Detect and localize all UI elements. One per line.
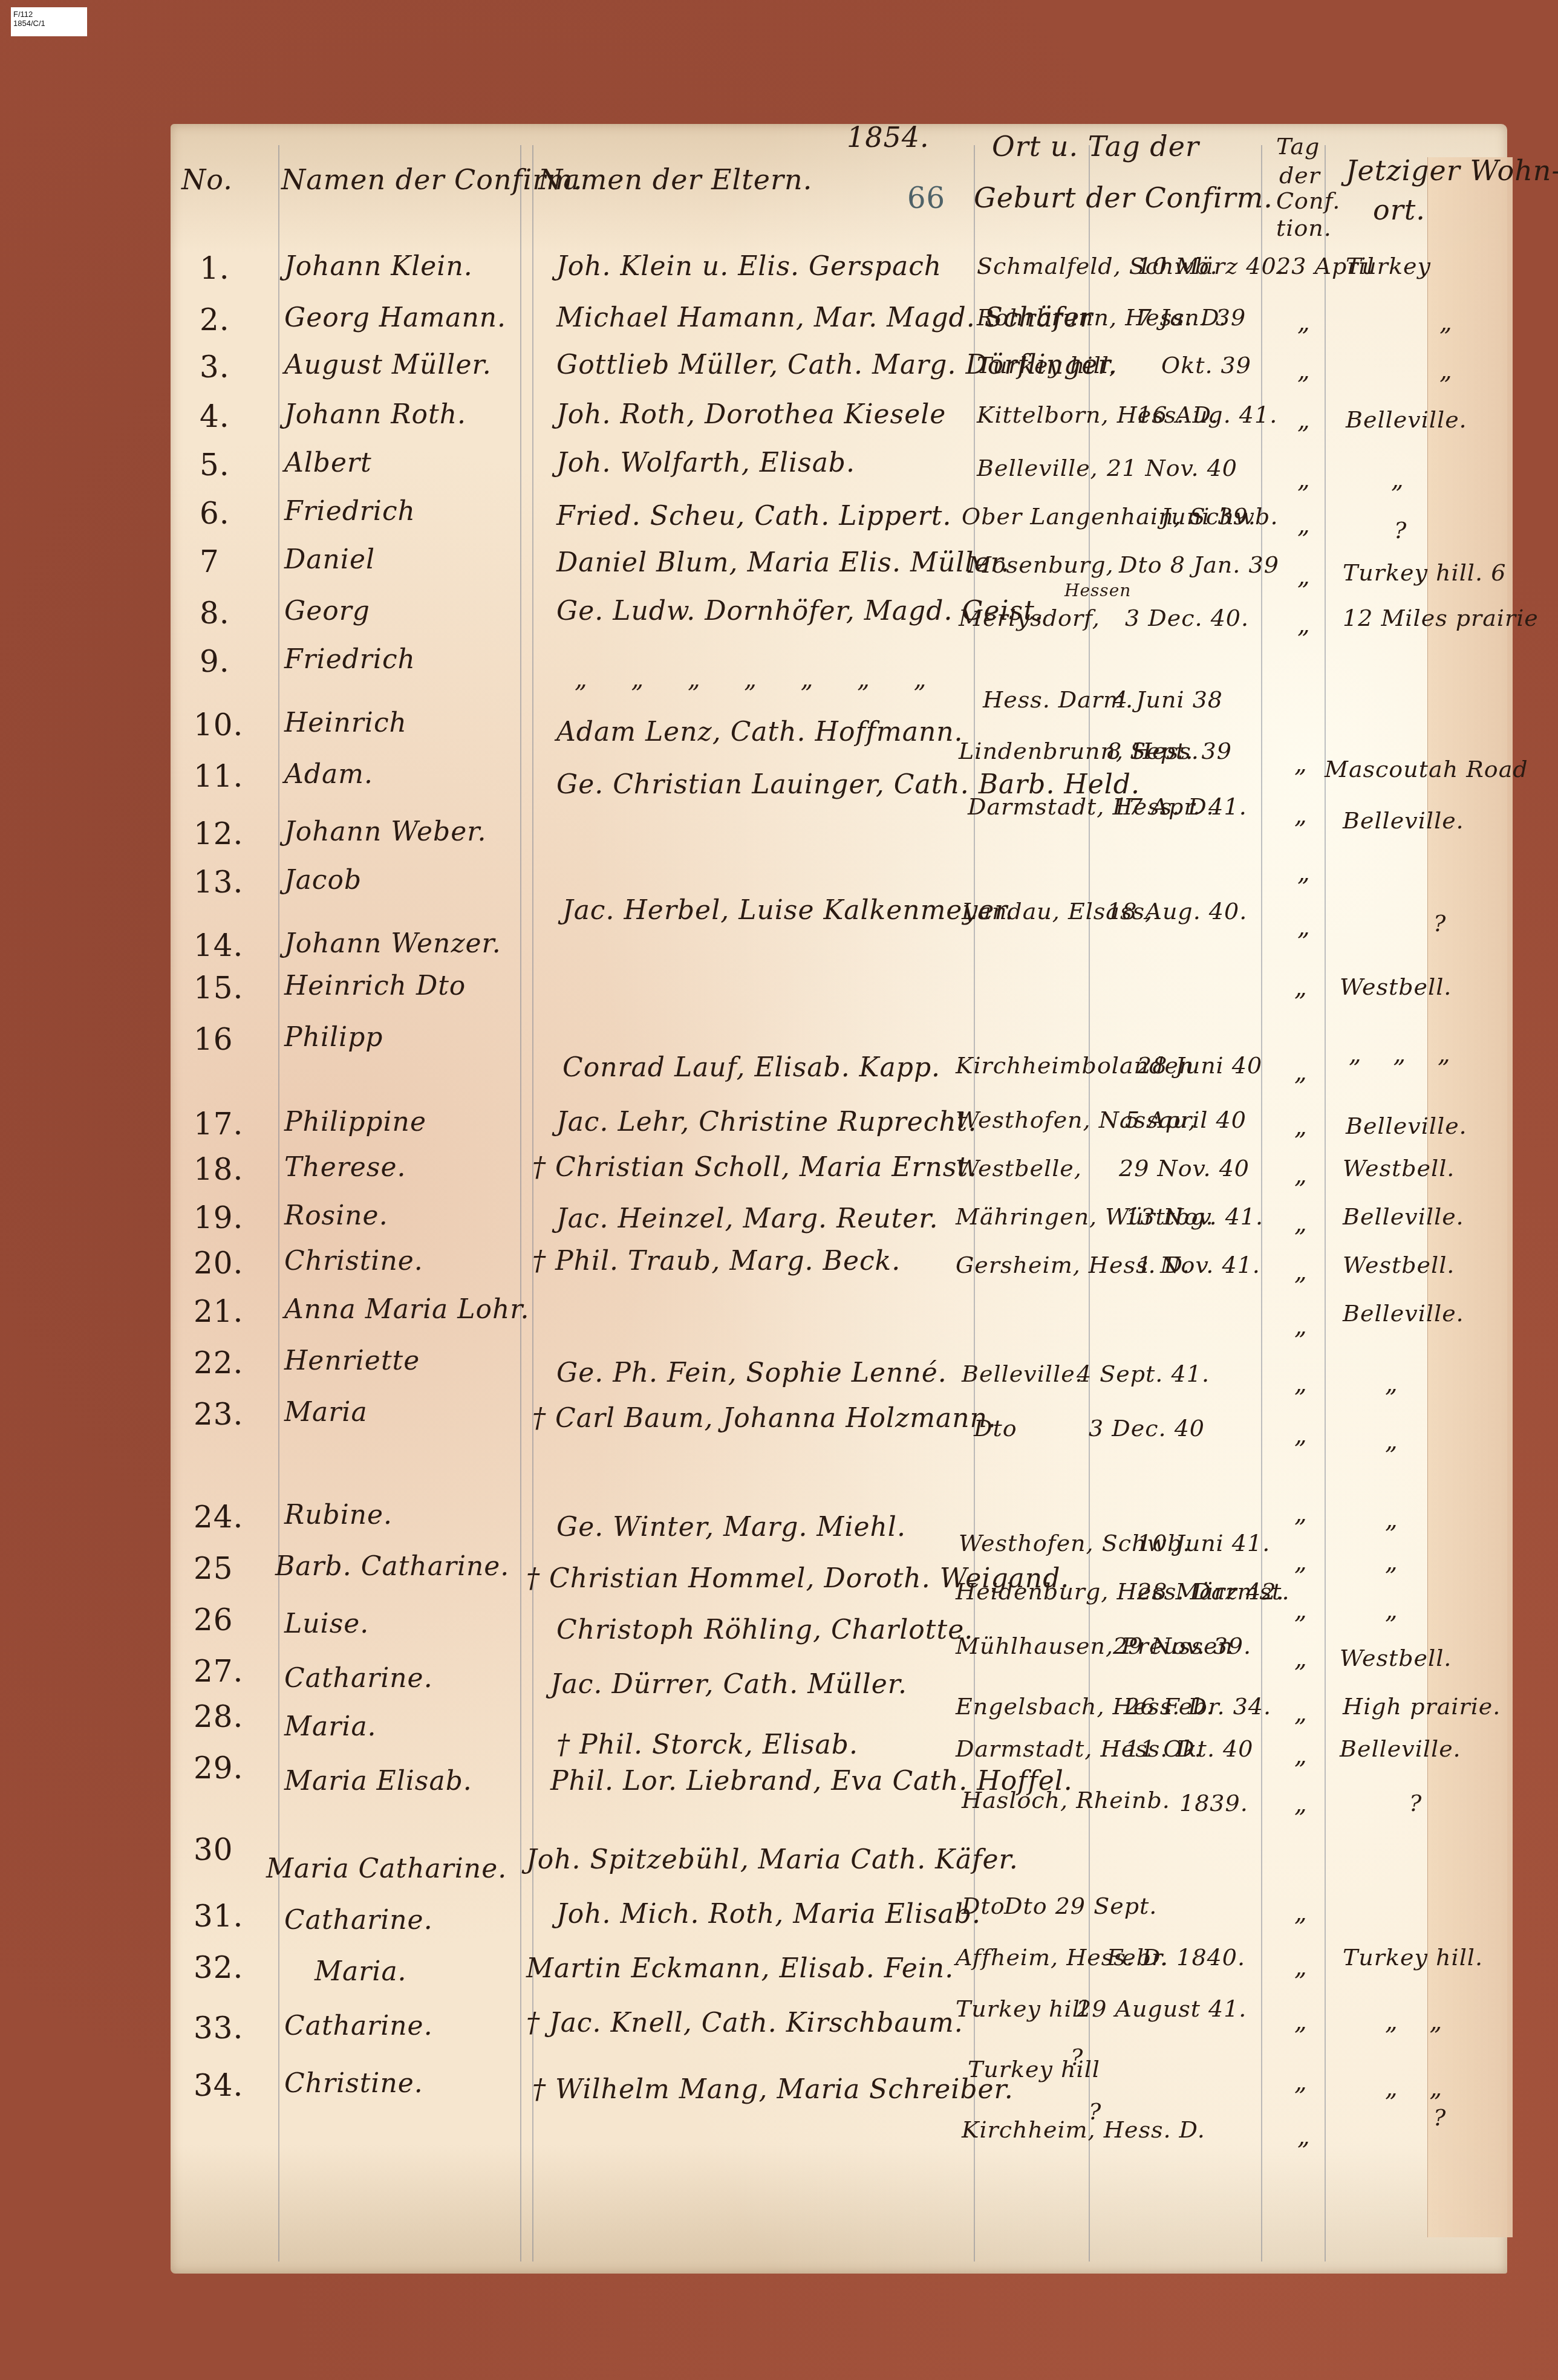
residence: Belleville. <box>1340 1735 1461 1762</box>
row-number: 8. <box>200 596 230 631</box>
confirmation-day: „ <box>1294 1258 1308 1286</box>
confirmation-day: „ <box>1297 562 1311 590</box>
confirmation-day: „ <box>1294 1699 1308 1727</box>
birth-date: Dto 8 Jan. 39 <box>1119 551 1279 578</box>
confirmation-day: „ <box>1294 1899 1308 1926</box>
row-number: 4. <box>200 399 230 434</box>
residence: „ <box>1385 1427 1398 1455</box>
header-birth-line1: Ort u. Tag der <box>992 130 1199 163</box>
row-number: 15. <box>194 971 244 1006</box>
residence: „ <box>1439 308 1453 336</box>
parents-names: Joh. Spitzebühl, Maria Cath. Käfer. <box>526 1844 1019 1875</box>
header-residence-line2: ort. <box>1373 193 1426 226</box>
column-rule <box>520 145 521 2261</box>
confirmand-name: Philipp <box>284 1022 383 1053</box>
residence: Turkey hill. <box>1343 1944 1483 1971</box>
birth-date: 21 Nov. 40 <box>1107 455 1237 481</box>
birth-place: Hasloch, Rheinb. <box>962 1787 1170 1813</box>
parents-names: Jac. Heinzel, Marg. Reuter. <box>556 1203 938 1234</box>
birth-place: Turkey hill, <box>977 352 1117 379</box>
parents-names: Joh. Mich. Roth, Maria Elisab. <box>556 1899 981 1930</box>
confirmation-day: „ <box>1294 1548 1308 1576</box>
confirmand-name: Friedrich <box>284 496 416 527</box>
residence: Belleville. <box>1343 1300 1464 1327</box>
birth-place: Westbelle, <box>956 1155 1082 1182</box>
row-number: 18. <box>194 1152 244 1187</box>
birth-date: ? <box>1071 2044 1083 2070</box>
row-number: 28. <box>194 1699 244 1734</box>
confirmation-day: „ <box>1297 466 1311 493</box>
birth-date: 7 Jan. 39 <box>1137 304 1246 331</box>
birth-date-note: Hessen <box>1064 580 1131 600</box>
confirmand-name: Johann Klein. <box>284 251 473 282</box>
birth-date: 18 Aug. 40. <box>1107 898 1247 925</box>
residence: ? <box>1433 2104 1446 2131</box>
residence: Westbell. <box>1343 1252 1455 1278</box>
confirmation-day: „ <box>1297 511 1311 539</box>
row-number: 20. <box>194 1246 244 1281</box>
confirmation-day: „ <box>1294 1741 1308 1769</box>
confirmation-day: „ <box>1294 1209 1308 1237</box>
residence: Belleville. <box>1343 1203 1464 1230</box>
confirmation-day: „ <box>1297 308 1311 336</box>
row-number: 9. <box>200 644 230 679</box>
confirmation-day: „ <box>1294 2008 1308 2035</box>
residence: Westbell. <box>1340 1645 1452 1671</box>
header-confday-line3: Conf. <box>1276 187 1340 214</box>
confirmand-name: Maria. <box>284 1711 377 1742</box>
confirmand-name: Anna Maria Lohr. <box>284 1294 530 1325</box>
row-number: 6. <box>200 496 230 531</box>
birth-date: 11 Okt. 40 <box>1125 1735 1253 1762</box>
confirmand-name: August Müller. <box>284 350 492 380</box>
row-number: 16 <box>194 1022 233 1057</box>
birth-place: Turkey hill <box>956 1995 1088 2022</box>
residence: „ <box>1385 1506 1398 1533</box>
confirmand-name: Maria Catharine. <box>266 1853 507 1884</box>
confirmand-name: Luise. <box>284 1608 369 1639</box>
row-number: 25 <box>194 1551 233 1586</box>
confirmation-day: „ <box>1294 1312 1308 1340</box>
register-page <box>171 124 1507 2274</box>
row-number: 29. <box>194 1751 244 1786</box>
birth-date: 17 Apr. 41. <box>1113 793 1247 820</box>
residence: „ <box>1385 1548 1398 1576</box>
residence: „ <box>1385 1370 1398 1397</box>
birth-place: Hess. Darm. <box>983 686 1133 713</box>
residence: „ <box>1391 466 1404 493</box>
residence: Westbell. <box>1343 1155 1455 1182</box>
parents-names: Jac. Herbel, Luise Kalkenmeyer. <box>562 895 1014 926</box>
residence: ? <box>1394 517 1407 544</box>
header-year: 1854. <box>847 121 930 154</box>
birth-date: 3 Dec. 40 <box>1089 1415 1205 1442</box>
parents-names: Ge. Ph. Fein, Sophie Lenné. <box>556 1357 947 1388</box>
birth-place: Belleville, <box>977 455 1098 481</box>
confirmand-name: Johann Weber. <box>284 816 486 847</box>
row-number: 33. <box>194 2011 244 2046</box>
row-number: 3. <box>200 350 230 385</box>
parents-names: † Phil. Storck, Elisab. <box>556 1729 858 1760</box>
birth-date: 29 Nov. 39. <box>1113 1633 1251 1659</box>
header-parents: Namen der Eltern. <box>538 163 812 196</box>
confirmand-name: Johann Roth. <box>284 399 466 430</box>
birth-date: 5 April 40 <box>1125 1107 1247 1133</box>
header-name: Namen der Confirm. <box>281 163 583 196</box>
birth-date: 29 Nov. 40 <box>1119 1155 1250 1182</box>
archive-label-line2: 1854/C/1 <box>13 19 86 28</box>
residence: „ <box>1385 1596 1398 1624</box>
confirmand-name: Albert <box>284 447 372 478</box>
column-rule <box>532 145 533 2261</box>
confirmand-name: Maria Elisab. <box>284 1766 472 1796</box>
parents-names: Jac. Dürrer, Cath. Müller. <box>550 1669 907 1700</box>
parents-names: Conrad Lauf, Elisab. Kapp. <box>562 1052 940 1083</box>
parents-names: Joh. Klein u. Elis. Gerspach <box>556 251 942 282</box>
parents-names: Joh. Wolfarth, Elisab. <box>556 447 855 478</box>
header-confday-line4: tion. <box>1276 215 1332 241</box>
row-number: 26 <box>194 1602 233 1637</box>
row-number: 7 <box>200 544 220 579</box>
residence: High prairie. <box>1343 1693 1501 1720</box>
residence: Belleville. <box>1346 406 1467 433</box>
confirmation-day: „ <box>1294 2068 1308 2096</box>
residence: 12 Miles prairie <box>1343 605 1539 631</box>
confirmation-day: „ <box>1294 1370 1308 1397</box>
confirmation-day: „ <box>1294 1953 1308 1981</box>
residence: „ „ <box>1385 2008 1454 2035</box>
birth-date: 10 März 40. <box>1137 253 1285 279</box>
confirmand-name: Henriette <box>284 1345 420 1376</box>
birth-date: 8 Sept. 39 <box>1107 738 1232 764</box>
birth-date: Dto 29 Sept. <box>1004 1893 1157 1919</box>
confirmand-name: Rubine. <box>284 1500 393 1530</box>
row-number: 21. <box>194 1294 244 1329</box>
birth-place: Belleville. <box>962 1361 1083 1387</box>
confirmand-name: Johann Wenzer. <box>284 928 501 959</box>
confirmand-name: Christine. <box>284 2068 423 2099</box>
confirmand-name: Jacob <box>284 865 362 896</box>
confirmation-day: „ <box>1297 913 1311 941</box>
row-number: 10. <box>194 707 244 743</box>
confirmand-name: Adam. <box>284 759 373 790</box>
row-number: 31. <box>194 1899 244 1934</box>
parents-names: † Phil. Traub, Marg. Beck. <box>532 1246 901 1276</box>
confirmand-name: Maria. <box>315 1956 407 1987</box>
birth-date: Febr. 1840. <box>1107 1944 1245 1971</box>
column-rule <box>1325 145 1326 2261</box>
confirmand-name: Rosine. <box>284 1200 388 1231</box>
parents-names: † Wilhelm Mang, Maria Schreiber. <box>532 2074 1014 2105</box>
confirmand-name: Philippine <box>284 1107 426 1137</box>
row-number: 2. <box>200 302 230 337</box>
header-birth-line2: Geburt der Confirm. <box>974 181 1273 214</box>
header-residence-line1: Jetziger Wohn- <box>1346 154 1558 187</box>
parents-names: Adam Lenz, Cath. Hoffmann. <box>556 717 963 747</box>
residence: Westbell. <box>1340 974 1452 1000</box>
row-number: 13. <box>194 865 244 900</box>
confirmand-name: Daniel <box>284 544 375 575</box>
confirmation-day: „ <box>1294 1790 1308 1818</box>
row-number: 24. <box>194 1500 244 1535</box>
parents-names: Ge. Winter, Marg. Miehl. <box>556 1512 906 1543</box>
confirmation-day: „ <box>1297 859 1311 886</box>
parents-names: Jac. Lehr, Christine Ruprecht. <box>556 1107 977 1137</box>
row-number: 22. <box>194 1345 244 1380</box>
confirmand-name: Catharine. <box>284 1905 433 1936</box>
column-rule <box>278 145 279 2261</box>
birth-place: Kirchheim, Hess. D. <box>962 2116 1205 2143</box>
row-number: 34. <box>194 2068 244 2103</box>
row-number: 5. <box>200 447 230 483</box>
row-number: 32. <box>194 1950 244 1985</box>
birth-place: Merlysdorf, <box>959 605 1100 631</box>
confirmand-name: Friedrich <box>284 644 416 675</box>
confirmation-day: „ <box>1297 2122 1311 2150</box>
row-number: 12. <box>194 816 244 851</box>
row-number: 1. <box>200 251 230 286</box>
birth-date: 26 Febr. 34. <box>1125 1693 1271 1720</box>
parents-names: Joh. Roth, Dorothea Kiesele <box>556 399 946 430</box>
row-number: 23. <box>194 1397 244 1432</box>
residence: ? <box>1433 910 1446 937</box>
birth-date: 4 Sept. 41. <box>1077 1361 1210 1387</box>
header-confday-line1: Tag <box>1276 133 1320 160</box>
confirmation-day: „ <box>1294 974 1308 1001</box>
parents-names: Christoph Röhling, Charlotte. <box>556 1614 973 1645</box>
parents-names: † Christian Scholl, Maria Ernst. <box>532 1152 977 1183</box>
birth-date: Okt. 39 <box>1161 352 1251 379</box>
confirmation-day: „ <box>1294 1645 1308 1673</box>
header-no: No. <box>181 163 233 196</box>
confirmand-name: Georg <box>284 596 370 626</box>
residence: „ „ „ <box>1349 1040 1462 1068</box>
birth-date: Juni 39. <box>1161 503 1256 530</box>
archive-label-line1: F/112 <box>13 10 86 19</box>
parents-names: Fried. Scheu, Cath. Lippert. <box>556 501 952 532</box>
header-confday-line2: der <box>1279 162 1320 189</box>
page-right-strip <box>1427 157 1513 2237</box>
confirmation-day: „ <box>1297 406 1311 434</box>
birth-date: 1839. <box>1179 1790 1248 1816</box>
birth-place: Dto <box>974 1415 1017 1442</box>
confirmation-day: „ <box>1294 1161 1308 1189</box>
row-number: 30 <box>194 1832 233 1867</box>
confirmand-name: Christine. <box>284 1246 423 1276</box>
residence: Mascoutah Road <box>1325 756 1528 782</box>
row-number: 17. <box>194 1107 244 1142</box>
confirmation-day: „ <box>1297 611 1311 639</box>
parents-names: Martin Eckmann, Elisab. Fein. <box>526 1953 954 1984</box>
row-number: 11. <box>194 759 244 794</box>
residence: Turkey hill. 6 <box>1343 559 1506 586</box>
confirmand-name: Georg Hamann. <box>284 302 506 333</box>
residence: Turkey <box>1346 253 1431 279</box>
birth-date: 28 März 42. <box>1137 1578 1285 1605</box>
parents-names: † Jac. Knell, Cath. Kirschbaum. <box>526 2008 963 2038</box>
confirmation-day: „ <box>1294 1058 1308 1086</box>
confirmand-name: Barb. Catharine. <box>275 1551 509 1582</box>
residence: Belleville. <box>1343 807 1464 834</box>
row-number: 27. <box>194 1654 244 1689</box>
birth-date: ? <box>1089 2098 1101 2125</box>
confirmand-name: Heinrich <box>284 707 407 738</box>
parents-names: Daniel Blum, Maria Elis. Müller. <box>556 547 1010 578</box>
birth-date: 29 August 41. <box>1077 1995 1247 2022</box>
confirmation-day: „ <box>1294 801 1308 829</box>
birth-date: 16 Aug. 41. <box>1137 402 1277 428</box>
birth-date: 3 Dec. 40. <box>1125 605 1249 631</box>
parents-names: † Carl Baum, Johanna Holzmann. <box>532 1403 997 1434</box>
page-number-pencil: 66 <box>907 181 945 215</box>
confirmation-day: „ <box>1297 357 1311 385</box>
residence: „ „ <box>1385 2074 1454 2102</box>
birth-date: 10 Juni 41. <box>1137 1530 1270 1556</box>
confirmand-name: Heinrich Dto <box>284 971 466 1001</box>
row-number: 19. <box>194 1200 244 1235</box>
confirmation-day: „ <box>1294 1596 1308 1624</box>
archive-label: F/112 1854/C/1 <box>11 7 87 36</box>
residence: „ <box>1439 357 1453 385</box>
confirmand-name: Catharine. <box>284 2011 433 2041</box>
birth-place: Mosenburg, <box>968 551 1114 578</box>
confirmation-day: „ <box>1294 1421 1308 1449</box>
birth-date: 1 Nov. 41. <box>1137 1252 1260 1278</box>
confirmand-name: Therese. <box>284 1152 406 1183</box>
confirmand-name: Catharine. <box>284 1663 433 1694</box>
residence: Belleville. <box>1346 1113 1467 1139</box>
birth-date: 13 Nov. 41. <box>1125 1203 1263 1230</box>
birth-date: 28 Juni 40 <box>1137 1052 1262 1079</box>
birth-date: 4 Juni 38 <box>1113 686 1223 713</box>
parents-names: „ „ „ „ „ „ „ <box>575 665 944 693</box>
confirmation-day: „ <box>1294 1113 1308 1140</box>
confirmand-name: Maria <box>284 1397 368 1428</box>
birth-place: Dto <box>962 1893 1005 1919</box>
confirmation-day: „ <box>1294 1500 1308 1527</box>
residence: ? <box>1409 1790 1422 1816</box>
confirmation-day: „ <box>1294 750 1308 778</box>
row-number: 14. <box>194 928 244 963</box>
